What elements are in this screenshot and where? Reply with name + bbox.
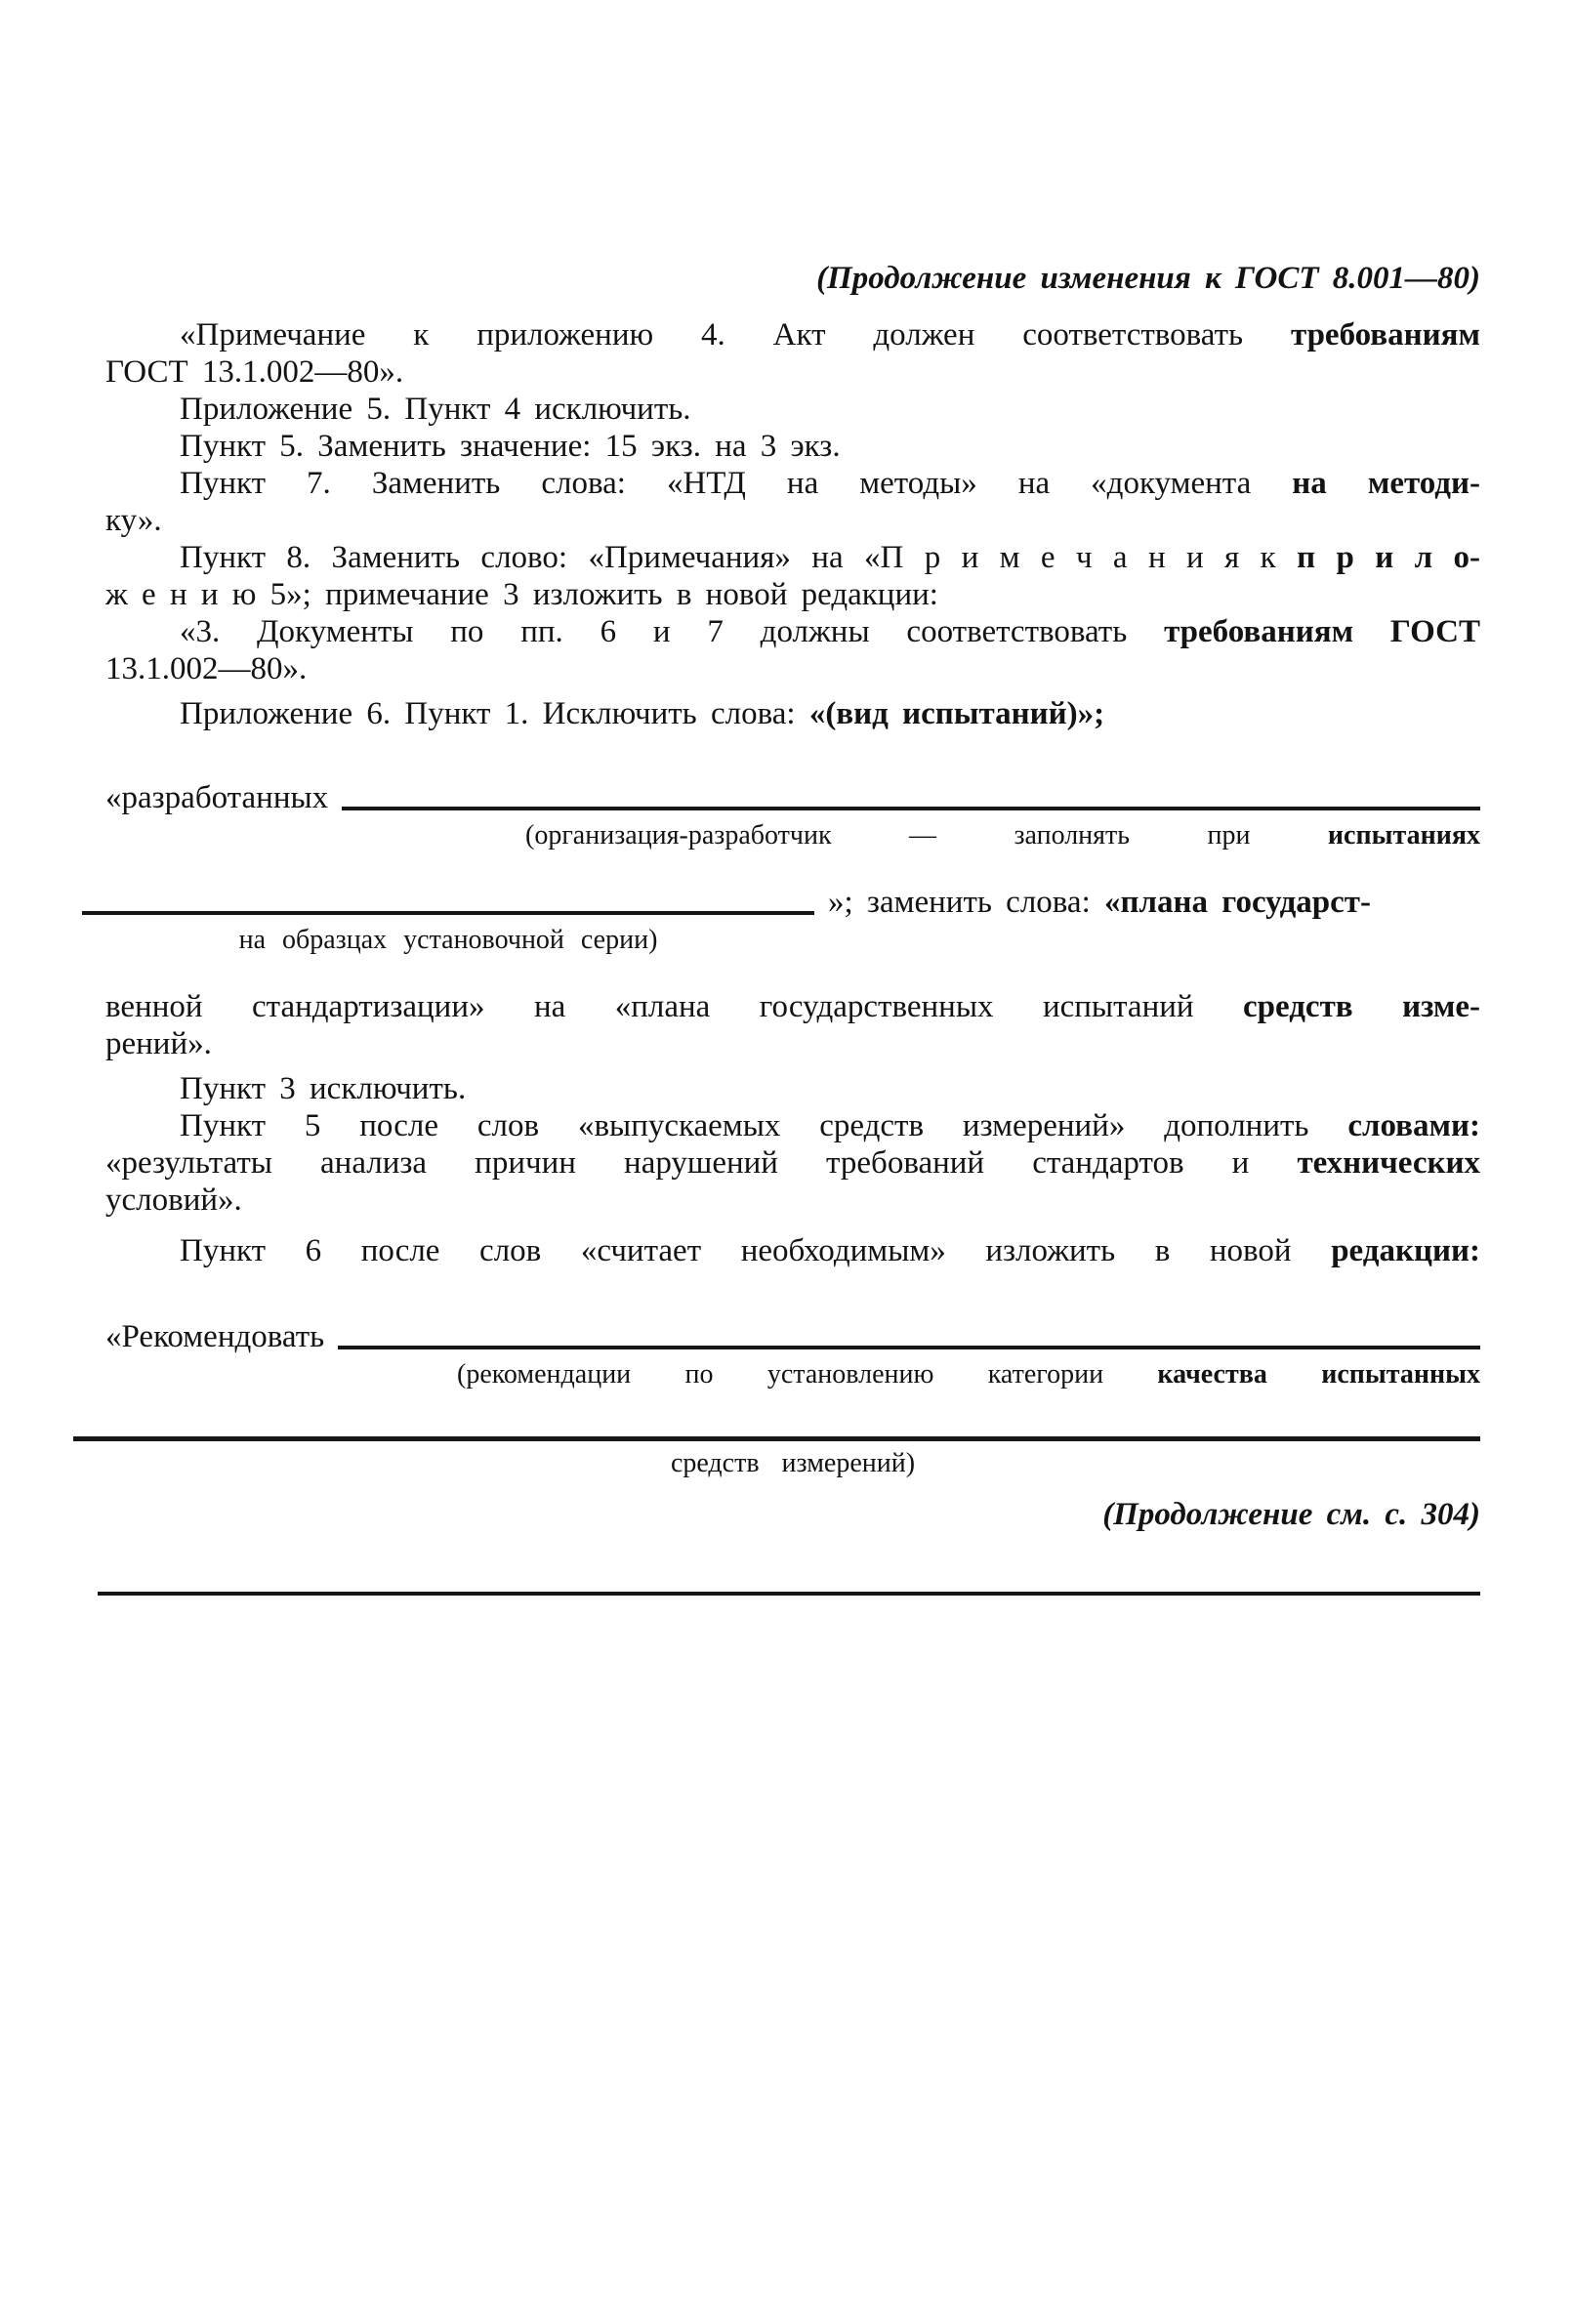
text-line: Пункт 8. Заменить слово: «Примечания» на…	[105, 539, 1480, 576]
text-segment: Пункт 5 после слов «выпускаемых средств …	[180, 1108, 1347, 1143]
text-line: 13.1.002—80».	[105, 650, 1480, 687]
continuation-header: (Продолжение изменения к ГОСТ 8.001—80)	[105, 260, 1480, 297]
text-line: Пункт 6 после слов «считает необходимым»…	[105, 1232, 1480, 1269]
text-segment: (рекомендации по установлению категории	[457, 1359, 1157, 1390]
underline-caption: на образцах установочной серии)	[82, 924, 814, 957]
form-trailing-text: »; заменить слова: «плана государст-	[828, 884, 1371, 921]
text-segment: Пункт 8. Заменить слово: «Примечания» на…	[180, 540, 1297, 575]
text-segment: редакции:	[1331, 1233, 1480, 1268]
form-label: «разработанных	[105, 779, 328, 816]
text-segment: «Рекомендовать	[105, 1319, 324, 1354]
text-segment: «плана государст-	[1104, 885, 1371, 920]
text-line: ж е н и ю 5»; примечание 3 изложить в но…	[105, 576, 1480, 613]
text-segment: (организация-разработчик — заполнять при	[525, 820, 1328, 851]
text-segment: Пункт 7. Заменить слова: «НТД на методы»…	[180, 466, 1292, 501]
text-line: Пункт 5. Заменить значение: 15 экз. на 3…	[105, 428, 1480, 465]
text-line: Пункт 5 после слов «выпускаемых средств …	[105, 1107, 1480, 1144]
text-line: «результаты анализа причин нарушений тре…	[105, 1144, 1480, 1182]
text-segment: ж е н и ю 5»; примечание 3 изложить в но…	[105, 577, 938, 612]
text-segment: качества испытанных	[1157, 1359, 1480, 1390]
blank-underline	[338, 1336, 1480, 1349]
text-segment: технических	[1297, 1145, 1480, 1181]
underline-caption: (организация-разработчик — заполнять при…	[525, 819, 1480, 852]
text-segment: п р и л о-	[1297, 540, 1480, 575]
text-segment: венной стандартизации» на «плана государ…	[105, 989, 1243, 1024]
form-label: «Рекомендовать	[105, 1318, 324, 1355]
underline-caption: (рекомендации по установлению категории …	[457, 1358, 1480, 1391]
text-line: условий».	[105, 1182, 1480, 1219]
horizontal-rule	[98, 1592, 1480, 1596]
text-line: венной стандартизации» на «плана государ…	[105, 988, 1480, 1025]
text-segment: средств измерений)	[671, 1448, 915, 1478]
document-body: (Продолжение изменения к ГОСТ 8.001—80)«…	[0, 0, 1573, 1596]
text-segment: «3. Документы по пп. 6 и 7 должны соотве…	[180, 614, 1164, 649]
form-row: «Рекомендовать	[105, 1318, 1480, 1355]
text-line: Приложение 6. Пункт 1. Исключить слова: …	[105, 695, 1480, 732]
text-segment: Приложение 6. Пункт 1. Исключить слова:	[180, 696, 809, 731]
text-segment: «разработанных	[105, 780, 328, 815]
text-segment: испытаниях	[1328, 820, 1480, 851]
horizontal-rule	[73, 1436, 1480, 1441]
text-line: ку».	[105, 502, 1480, 539]
blank-underline	[342, 797, 1480, 810]
text-line: ГОСТ 13.1.002—80».	[105, 353, 1480, 391]
text-segment: на методи-	[1292, 466, 1480, 501]
text-segment: ГОСТ 13.1.002—80».	[105, 354, 403, 390]
text-segment: 13.1.002—80».	[105, 651, 307, 686]
text-segment: «(вид испытаний)»;	[809, 696, 1104, 731]
text-segment: Пункт 6 после слов «считает необходимым»…	[180, 1233, 1331, 1268]
text-line: Пункт 7. Заменить слова: «НТД на методы»…	[105, 465, 1480, 502]
text-line: «3. Документы по пп. 6 и 7 должны соотве…	[105, 613, 1480, 650]
text-segment: условий».	[105, 1183, 242, 1218]
text-line: Пункт 3 исключить.	[105, 1070, 1480, 1107]
text-segment: ку».	[105, 503, 162, 538]
text-segment: Приложение 5. Пункт 4 исключить.	[180, 392, 691, 427]
text-segment: (Продолжение изменения к ГОСТ 8.001—80)	[816, 261, 1480, 296]
text-segment: »; заменить слова:	[828, 885, 1104, 920]
text-segment: словами:	[1347, 1108, 1480, 1143]
blank-underline	[82, 901, 814, 915]
form-row: »; заменить слова: «плана государст-	[105, 884, 1480, 921]
text-segment: требованиям ГОСТ	[1164, 614, 1480, 649]
text-segment: Пункт 3 исключить.	[180, 1071, 466, 1106]
text-segment: на образцах установочной серии)	[239, 925, 658, 955]
form-row: «разработанных	[105, 779, 1480, 816]
text-segment: Пункт 5. Заменить значение: 15 экз. на 3…	[180, 429, 841, 464]
text-segment: «Примечание к приложению 4. Акт должен с…	[180, 317, 1291, 353]
underline-caption: средств измерений)	[105, 1447, 1480, 1480]
document-page: (Продолжение изменения к ГОСТ 8.001—80)«…	[0, 0, 1573, 2324]
text-segment: (Продолжение см. с. 304)	[1102, 1497, 1480, 1532]
text-line: «Примечание к приложению 4. Акт должен с…	[105, 316, 1480, 353]
text-segment: требованиям	[1291, 317, 1480, 353]
text-segment: рений».	[105, 1026, 212, 1061]
text-segment: средств изме-	[1243, 989, 1480, 1024]
text-line: рений».	[105, 1025, 1480, 1062]
text-line: Приложение 5. Пункт 4 исключить.	[105, 391, 1480, 428]
continuation-footer: (Продолжение см. с. 304)	[105, 1496, 1480, 1533]
text-segment: «результаты анализа причин нарушений тре…	[105, 1145, 1297, 1181]
